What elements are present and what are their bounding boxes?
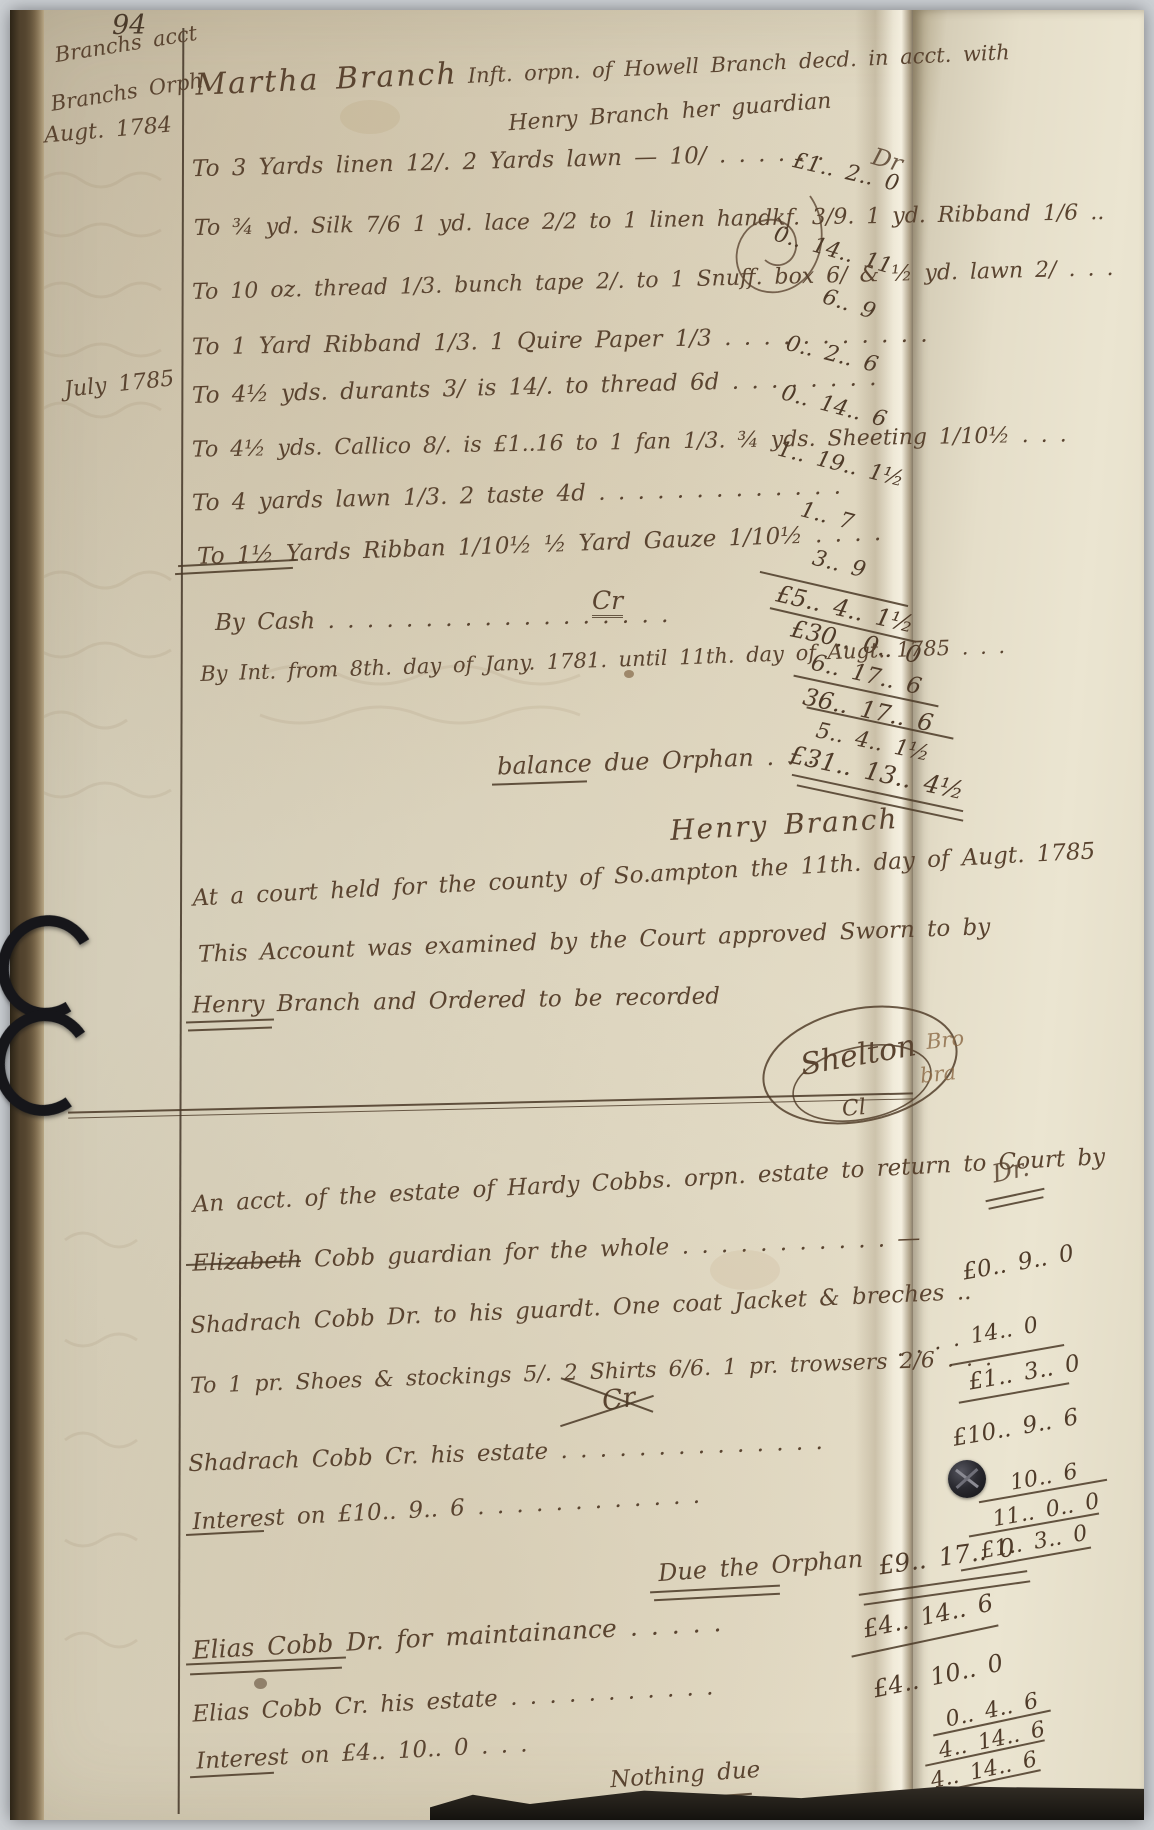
margin-note: Branchs Orph (49, 68, 204, 116)
showthrough-marks (36, 160, 176, 460)
paper-stain (340, 100, 400, 134)
manuscript-photo: 94 Branchs acct Branchs Orph Augt. 1784 … (10, 10, 1144, 1820)
paper-stain (710, 1250, 780, 1290)
ledger-line: Elias Cobb Dr. for maintainance . . . . … (192, 1608, 722, 1665)
underline (492, 780, 587, 785)
showthrough-marks (34, 550, 174, 850)
ledger-line: To 4½ yds. durants 3/ is 14/. to thread … (192, 365, 877, 409)
underline (190, 1667, 342, 1676)
fastener (948, 1460, 986, 1498)
facing-page-fragment: Bro (925, 1026, 965, 1054)
facing-page-fragment: bra (919, 1060, 957, 1088)
account-title-line2: Henry Branch her guardian (508, 89, 833, 137)
underline (186, 1018, 274, 1023)
nothing-due: Nothing due (609, 1757, 761, 1793)
ledger-line: Shadrach Cobb Cr. his estate . . . . . .… (188, 1429, 823, 1477)
ledger-line: Interest on £10.. 9.. 6 . . . . . . . . … (192, 1483, 701, 1536)
binder-ring (0, 1002, 102, 1124)
ledger-photo-page: { "colors": {"ink": "#5a4430", "paper": … (0, 0, 1154, 1830)
showthrough-marks (60, 1210, 170, 1690)
account-title-name: Martha Branch (195, 56, 459, 102)
ledger-line: To 4 yards lawn 1/3. 2 taste 4d . . . . … (192, 474, 841, 517)
ledger-line: Elias Cobb Cr. his estate . . . . . . . … (192, 1674, 714, 1727)
ledger-line: Elizabeth Cobb guardian for the whole . … (192, 1225, 921, 1276)
ledger-line: Interest on £4.. 10.. 0 . . . (196, 1731, 529, 1774)
due-label: Due the Orphan (657, 1545, 864, 1587)
underline (188, 1027, 272, 1032)
ledger-line: To 3 Yards linen 12/. 2 Yards lawn — 10/… (192, 140, 825, 183)
court-text: Henry Branch and Ordered to be recorded (192, 983, 720, 1018)
balance-label: balance due Orphan . . . (497, 741, 815, 780)
ink-stain (254, 1678, 267, 1689)
ledger-line: To 1½ Yards Ribban 1/10½ ½ Yard Gauze 1/… (197, 520, 882, 570)
ledger-line: By Cash . . . . . . . . . . . . . . . . … (215, 602, 669, 636)
margin-date: Augt. 1784 (43, 112, 173, 148)
underline (654, 1593, 780, 1602)
ink-stain (624, 670, 634, 678)
margin-rule (178, 28, 185, 1814)
